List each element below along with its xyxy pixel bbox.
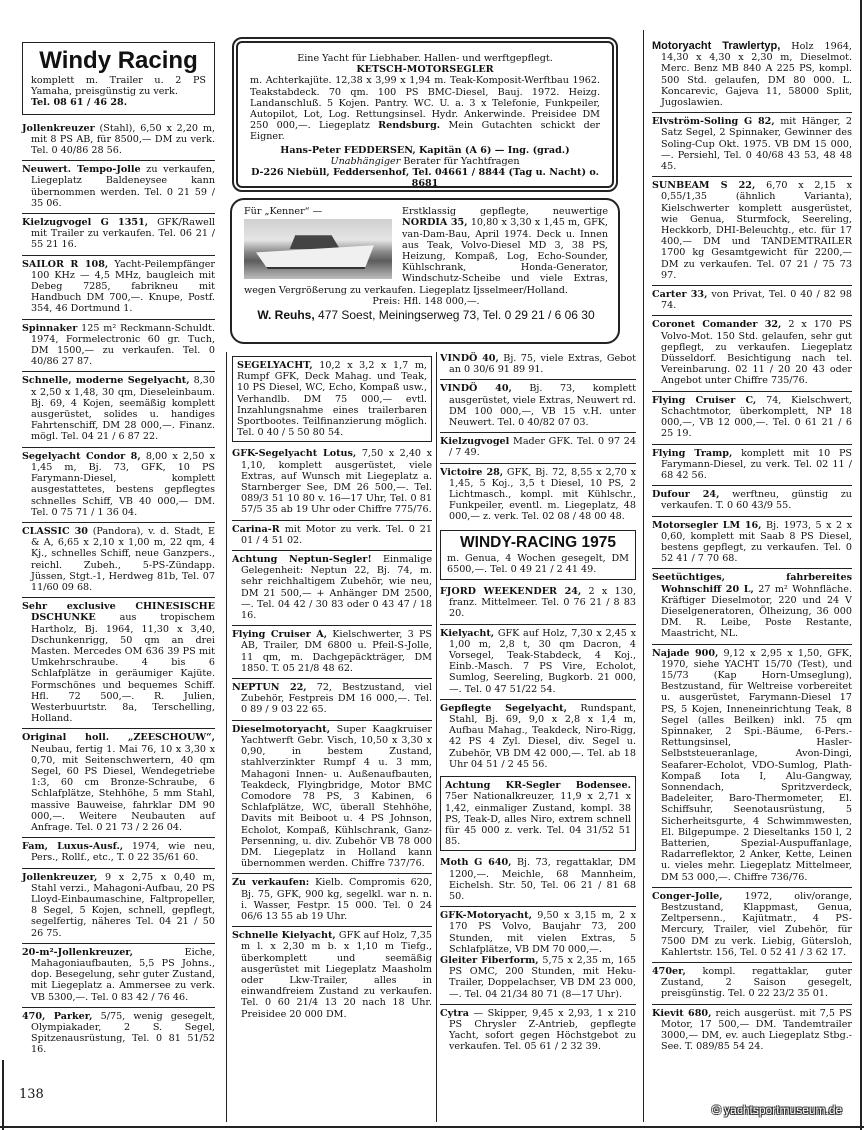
ad-heading: Jollenkreuzer [22,123,95,134]
classified-ad: GFK-Segelyacht Lotus, 7,50 x 2,40 x 1,10… [232,445,432,520]
ad-heading: Kievit 680, [652,1008,711,1019]
classified-ad: Victoire 28, GFK, Bj. 72, 8,55 x 2,70 x … [440,464,636,527]
contact-address: D-226 Niebüll, Feddersenhof, Tel. 04661 … [250,167,600,189]
classified-ad: SAILOR R 108, Yacht-Peilempfänger 100 KH… [22,256,215,320]
classified-ad: Spinnaker 125 m² Reckmann-Schuldt. 1974,… [22,320,215,373]
ad-text: Super Kaagkruiser Yachtwerft Gebr. Visch… [241,724,432,869]
ad-heading: CLASSIC 30 [22,526,88,537]
classified-ad: Kielzugvogel Mader GFK. Tel. 0 97 24 / 7… [440,433,636,463]
classified-ad: Dieselmotoryacht, Super Kaagkruiser Yach… [232,721,432,875]
classified-ad: FJORD WEEKENDER 24, 2 x 130, franz. Mitt… [440,583,636,625]
classified-ad: Coronet Comander 32, 2 x 170 PS Volvo-Mo… [652,316,852,391]
classified-ad: Cytra — Skipper, 9,45 x 2,93, 1 x 210 PS… [440,1005,636,1057]
ad-heading: Segelyacht Condor 8, [22,451,141,462]
classified-ad: SUNBEAM S 22, 6,70 x 2,15 x 0,55/1,35 (ä… [652,177,852,286]
classified-ad: 470, Parker, 5/75, wenig gesegelt, Olymp… [22,1008,215,1060]
classified-ad: Kielyacht, GFK auf Holz, 7,30 x 2,45 x 1… [440,625,636,700]
watermark: © yachtsportmuseum.de [712,1105,842,1116]
ad-heading: GFK-Motoryacht, [440,910,532,921]
contact-name: W. Reuhs, [257,308,314,322]
ad-heading: SUNBEAM S 22, [652,180,755,191]
classified-ad: Conger-Jolle, 1972, oliv/orange, Bestzus… [652,888,852,963]
column-1: Windy Racing komplett m. Trailer u. 2 PS… [22,38,215,1060]
classified-ad: Jollenkreuzer (Stahl), 6,50 x 2,20 m, mi… [22,120,215,162]
classified-ad: CLASSIC 30 (Pandora), v. d. Stadt, E & A… [22,523,215,598]
ad-heading: Motorsegler LM 16, [652,520,762,531]
classified-ad: VINDÖ 40, Bj. 75, viele Extras, Gebot an… [440,350,636,380]
ad-text: 10,2 x 3,2 x 1,7 m, Rumpf GFK, Deck Maha… [237,360,427,438]
ad-heading: Spinnaker [22,323,77,334]
ad-text: — Skipper, 9,45 x 2,93, 1 x 210 PS Chrys… [449,1008,636,1053]
ad-heading: VINDÖ 40, [440,353,499,364]
page-edge-right [860,0,862,1130]
ad-heading: Schnelle, moderne Segelyacht, [22,375,190,386]
ad-heading: 470er, [652,966,686,977]
ad-heading: Moth G 640, [440,857,512,868]
ad-heading: Achtung Neptun-Segler! [232,554,372,565]
ad-heading: Kielzugvogel [440,436,509,447]
display-ad-nordia-35: Für „Kenner“ — Erstklassig gepflegte, ne… [230,198,620,344]
classified-ad: Seetüchtiges, fahrbereites Wohnschiff 20… [652,569,852,644]
classified-ad: Fam, Luxus-Ausf., 1974, wie neu, Pers., … [22,838,215,868]
ad-title: KETSCH-MOTORSEGLER [250,64,600,75]
ad-intro: Eine Yacht für Liebhaber. Hallen- und we… [250,53,600,64]
ad-heading: Carter 33, [652,289,707,300]
classified-ad: Neuwert. Tempo-Jolle zu verkaufen, Liege… [22,161,215,214]
classified-ad: Motorsegler LM 16, Bj. 1973, 5 x 2 x 0,6… [652,517,852,570]
display-ad-ketsch-motorsegler: Eine Yacht für Liebhaber. Hallen- und we… [232,37,618,192]
ad-heading: Kielzugvogel G 1351, [22,217,148,228]
ad-heading: Schnelle Kielyacht, [232,930,336,941]
ad-text: GFK auf Holz, 7,35 m l. x 2,30 m b. x 1,… [241,930,432,1019]
classified-ad: Najade 900, 9,12 x 2,95 x 1,50, GFK, 197… [652,645,852,888]
ad-heading: Neuwert. Tempo-Jolle [22,164,141,175]
boxed-ad-kr-segler: Achtung KR-Segler Bodensee. 75er Nationa… [440,776,636,851]
classified-ad: Achtung Neptun-Segler! Einmalige Gelegen… [232,551,432,626]
ad-location: Rendsburg. [378,120,440,131]
classified-ad: Elvström-Soling G 82, mit Hänger, 2 Satz… [652,113,852,177]
column-4: Motoryacht Trawlertyp, Holz 1964, 14,30 … [652,38,852,1056]
ad-heading: Kielyacht, [440,628,494,639]
ad-heading: Conger-Jolle, [652,891,723,902]
contact-role-italic: Unabhängiger [330,156,400,167]
column-divider-left [226,352,227,1122]
ad-heading: Victoire 28, [440,467,503,478]
page-number: 138 [19,1089,44,1100]
classified-ad: Sehr exclusive CHINESISCHE DSCHUNKE aus … [22,598,215,729]
classified-ad: NEPTUN 22, 72, Bestzustand, viel Zubehör… [232,679,432,721]
column-divider-mid [436,352,437,1122]
ad-text: 6,70 x 2,15 x 0,55/1,35 (ähnlich Variant… [661,180,852,281]
boat-photo [244,219,392,279]
ad-heading: FJORD WEEKENDER 24, [440,586,581,597]
classified-ad: Segelyacht Condor 8, 8,00 x 2,50 x 1,45 … [22,448,215,523]
classified-ad: Flying Tramp, komplett mit 10 PS Faryman… [652,445,852,487]
ad-heading: Flying Cruiser A, [232,629,327,640]
classified-ad: Gepflegte Segelyacht, Rundspant, Stahl, … [440,700,636,774]
contact-role: Berater für Yachtfragen [400,156,519,167]
ad-heading: Najade 900, [652,648,718,659]
ad-heading: Flying Cruiser C, [652,395,756,406]
classified-ad: Jollenkreuzer, 9 x 2,75 x 0,40 m, Stahl … [22,869,215,944]
classified-ad: 470er, kompl. regattaklar, guter Zustand… [652,963,852,1005]
ad-heading: Elvström-Soling G 82, [652,116,775,127]
ad-text: m. Genua, 4 Wochen gesegelt, DM 6500,—. … [447,553,629,575]
ad-title: Windy Racing [31,47,206,75]
ad-heading: Dieselmotoryacht, [232,724,330,735]
classified-ad: VINDÖ 40, Bj. 73, komplett ausgerüstet, … [440,380,636,433]
ad-heading: Zu verkaufen: [232,877,309,888]
column-2: SEGELYACHT, 10,2 x 3,2 x 1,7 m, Rumpf GF… [232,354,432,1024]
ad-text: Neubau, fertig 1. Mai 76, 10 x 3,30 x 0,… [31,744,215,833]
page-bottom-edge [0,1126,864,1128]
ad-text-lead: Erstklassig gepflegte, neuwertige [402,206,608,217]
ad-box-windy-racing: Windy Racing komplett m. Trailer u. 2 PS… [22,42,215,115]
classified-ad: Kielzugvogel G 1351, GFK/Rawell mit Trai… [22,214,215,256]
ad-title: WINDY-RACING 1975 [447,533,629,553]
classified-ad: 20-m²-Jollenkreuzer, Eiche, Mahagoniaufb… [22,944,215,1008]
ad-heading: VINDÖ 40, [440,383,512,394]
ad-heading: Fam, Luxus-Ausf., [22,841,123,852]
classified-ad: Zu verkaufen: Kielb. Compromis 620, Bj. … [232,874,432,927]
ad-heading: Original holl. „ZEESCHOUW“, [22,732,215,743]
ad-heading: Cytra [440,1008,469,1019]
ad-phone: Tel. 08 61 / 46 28. [31,97,206,108]
classified-ad: Carter 33, von Privat, Tel. 0 40 / 82 98… [652,286,852,316]
classified-ad: Schnelle, moderne Segelyacht, 8,30 x 2,5… [22,372,215,447]
contact-address: 477 Soest, Meiningserweg 73, Tel. 0 29 2… [315,308,595,322]
ad-heading: Carina-R [232,524,280,535]
classified-ad: Flying Cruiser C, 74, Kielschwert, Schac… [652,392,852,445]
column-divider-right [643,30,644,1122]
ad-text: aus tropischem Hartholz, Bj. 1964, 11,30… [31,612,215,724]
classified-ad: Kievit 680, reich ausgerüst. mit 7,5 PS … [652,1005,852,1057]
ad-heading: SEGELYACHT, [237,360,313,371]
classified-ad: Dufour 24, werftneu, günstig zu verkaufe… [652,486,852,516]
classified-ad: GFK-Motoryacht, 9,50 x 3,15 m, 2 x 170 P… [440,907,636,1005]
page-edge-left [2,1060,4,1130]
ad-text: 9,12 x 2,95 x 1,50, GFK, 1970, siehe YAC… [661,648,852,883]
ad-heading: Jollenkreuzer, [22,872,97,883]
ad-heading: 470, Parker, [22,1011,92,1022]
ad-heading: Coronet Comander 32, [652,319,781,330]
ad-heading: SAILOR R 108, [22,259,108,270]
contact-name: Hans-Peter FEDDERSEN, Kapitän (A 6) — In… [250,145,600,156]
column-3: VINDÖ 40, Bj. 75, viele Extras, Gebot an… [440,350,636,1057]
boxed-ad-segelyacht: SEGELYACHT, 10,2 x 3,2 x 1,7 m, Rumpf GF… [232,356,432,442]
ad-text: komplett m. Trailer u. 2 PS Yamaha, prei… [31,75,206,97]
classified-ad: Moth G 640, Bj. 73, regattaklar, DM 1200… [440,854,636,907]
ad-heading: GFK-Segelyacht Lotus, [232,448,356,459]
ad-heading: Gepflegte Segelyacht, [440,703,567,714]
classified-ad: Schnelle Kielyacht, GFK auf Holz, 7,35 m… [232,927,432,1024]
ad-text: kompl. regattaklar, guter Zustand, 2 Sai… [661,966,852,999]
ad-price: Preis: Hfl. 148 000,—. [244,296,608,307]
ad-heading: Dufour 24, [652,489,719,500]
ad-heading: Motoryacht Trawlertyp, [652,40,780,52]
classified-ad: Flying Cruiser A, Kielschwerter, 3 PS AB… [232,626,432,679]
ad-box-windy-racing-1975: WINDY-RACING 1975 m. Genua, 4 Wochen ges… [440,530,636,580]
classified-ad: Carina-R mit Motor zu verk. Tel. 0 21 01… [232,521,432,551]
ad-text: 75er Nationalkreuzer, 11,9 x 2,71 x 1,42… [445,791,631,847]
ad-heading: 20-m²-Jollenkreuzer, [22,947,133,958]
classified-ad: Motoryacht Trawlertyp, Holz 1964, 14,30 … [652,38,852,113]
ad-heading: Flying Tramp, [652,448,732,459]
ad-title: NORDIA 35, [402,217,468,228]
ad-heading: Achtung KR-Segler Bodensee. [445,780,631,791]
classified-ad: Original holl. „ZEESCHOUW“, Neubau, fert… [22,729,215,838]
ad-heading: NEPTUN 22, [232,682,307,693]
ad-heading: Gleiter Fiberform, [440,955,539,966]
